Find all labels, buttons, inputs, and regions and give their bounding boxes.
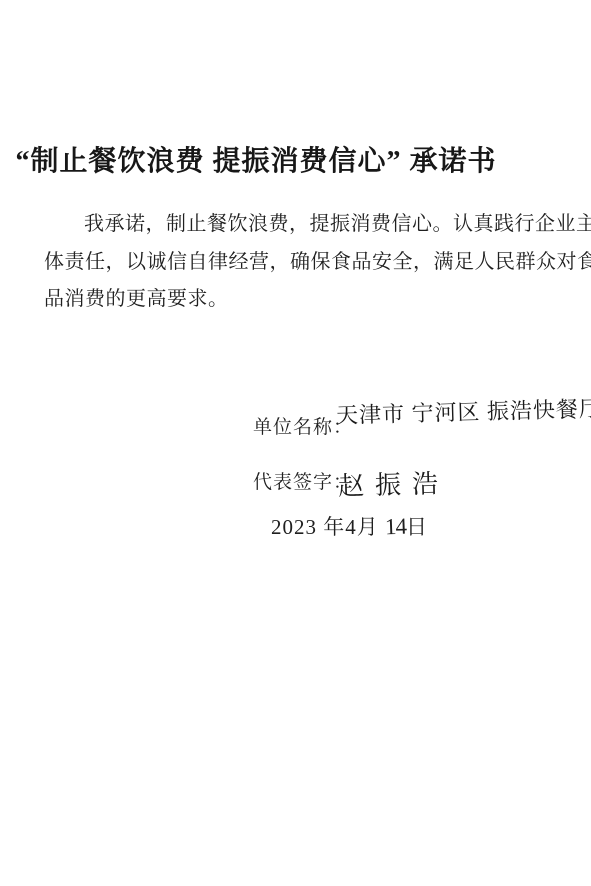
representative-signature-handwritten: 赵振浩 [338,463,450,503]
body-line: 体责任，以诚信自律经营，确保食品安全，满足人民群众对食 [44,244,556,282]
date-line: 2023 年4月 14日 [271,511,428,541]
unit-name-handwritten-value: 天津市 宁河区 振浩快餐厅 [336,392,591,430]
date-printed-prefix: 2023 年4月 [271,515,385,539]
body-line: 品消费的更高要求。 [44,281,556,319]
date-printed-suffix: 日 [406,515,428,539]
scanned-document-page: “制止餐饮浪费 提振消费信心” 承诺书 我承诺，制止餐饮浪费，提振消费信心。认真… [0,0,591,886]
body-line: 我承诺，制止餐饮浪费，提振消费信心。认真践行企业主 [44,206,556,244]
body-paragraph: 我承诺，制止餐饮浪费，提振消费信心。认真践行企业主 体责任，以诚信自律经营，确保… [44,206,556,319]
date-handwritten-day: 14 [385,514,407,541]
document-title: “制止餐饮浪费 提振消费信心” 承诺书 [0,139,512,179]
